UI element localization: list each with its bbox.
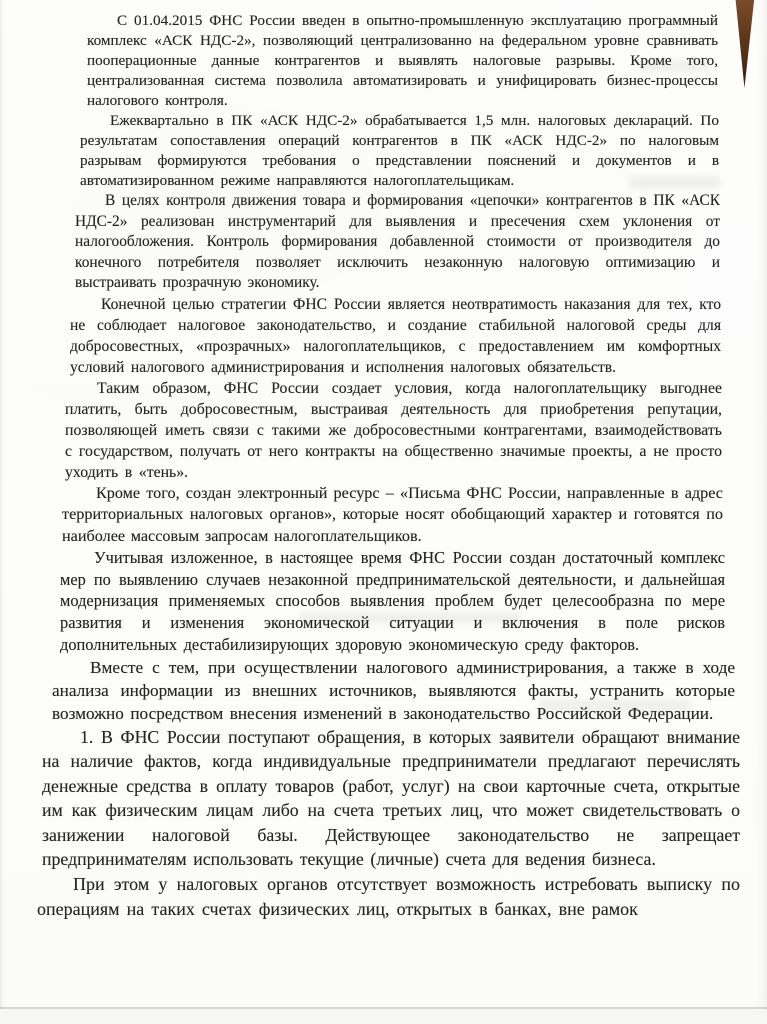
paragraph-5: Таким образом, ФНС России создает услови…: [65, 378, 722, 483]
paragraph-9: 1. В ФНС России поступают обращения, в к…: [42, 725, 740, 872]
paragraph-2: Ежеквартально в ПК «АСК НДС-2» обрабатыв…: [80, 111, 719, 191]
page-bottom-edge: [0, 1007, 767, 1009]
paragraph-1: С 01.04.2015 ФНС России введен в опытно-…: [87, 11, 718, 111]
page-bottom-strip: [0, 1009, 767, 1024]
paragraph-4: Конечной целью стратегии ФНС России явля…: [70, 294, 721, 378]
paragraph-6: Кроме того, создан электронный ресурс – …: [62, 483, 723, 548]
scanned-document-page: С 01.04.2015 ФНС России введен в опытно-…: [0, 0, 767, 1024]
paragraph-10: При этом у налоговых органов отсутствует…: [37, 872, 740, 922]
paragraph-3: В целях контроля движения товара и форми…: [75, 191, 720, 294]
paragraph-7: Учитывая изложенное, в настоящее время Ф…: [60, 547, 725, 656]
paragraph-8: Вместе с тем, при осуществлении налогово…: [52, 656, 735, 725]
document-text: С 01.04.2015 ФНС России введен в опытно-…: [0, 0, 767, 922]
